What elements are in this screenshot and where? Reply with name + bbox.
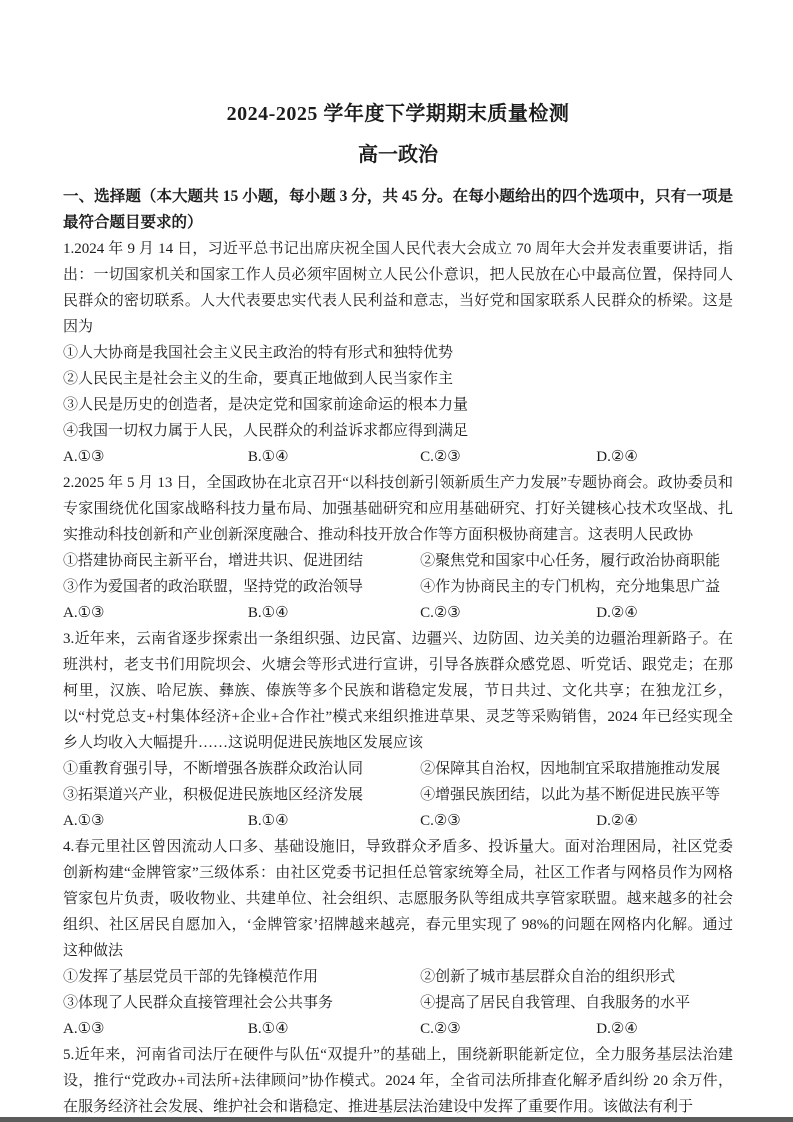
answer-choice: B.①④ [248,808,420,834]
option-item: ④提高了居民自我管理、自我服务的水平 [420,990,733,1016]
answer-choice: A.①③ [63,600,248,626]
option-item: ①重教育强引导，不断增强各族群众政治认同 [63,756,420,782]
answer-choices: A.①③ B.①④ C.②③ D.②④ [63,444,733,470]
option-item: ②聚焦党和国家中心任务，履行政治协商职能 [420,548,733,574]
option-item: ④我国一切权力属于人民，人民群众的利益诉求都应得到满足 [63,418,733,444]
page-bottom-edge [0,1117,793,1122]
answer-choices: A.①③ B.①④ C.②③ D.②④ [63,808,733,834]
question-stem: 1.2024 年 9 月 14 日，习近平总书记出席庆祝全国人民代表大会成立 7… [63,236,733,340]
answer-choices: A.①③ B.①④ C.②③ D.②④ [63,600,733,626]
question-4: 4.春元里社区曾因流动人口多、基础设施旧，导致群众矛盾多、投诉量大。面对治理困局… [63,834,733,1042]
question-3: 3.近年来，云南省逐步探索出一条组织强、边民富、边疆兴、边防固、边关美的边疆治理… [63,626,733,834]
option-item: ④作为协商民主的专门机构，充分地集思广益 [420,574,733,600]
option-item: ③拓渠道兴产业，积极促进民族地区经济发展 [63,782,420,808]
option-item: ③人民是历史的创造者，是决定党和国家前途命运的根本力量 [63,392,733,418]
option-item: ②人民民主是社会主义的生命，要真正地做到人民当家作主 [63,366,733,392]
answer-choice: B.①④ [248,600,420,626]
section-instructions: 一、选择题（本大题共 15 小题，每小题 3 分，共 45 分。在每小题给出的四… [63,184,733,236]
question-5: 5.近年来，河南省司法厅在硬件与队伍“双提升”的基础上，围绕新职能新定位，全力服… [63,1042,733,1120]
answer-choice: B.①④ [248,444,420,470]
option-items: ①重教育强引导，不断增强各族群众政治认同 ②保障其自治权，因地制宜采取措施推动发… [63,756,733,808]
option-item: ④增强民族团结，以此为基不断促进民族平等 [420,782,733,808]
answer-choice: C.②③ [420,600,596,626]
exam-subject: 高一政治 [63,141,733,169]
exam-page: 2024-2025 学年度下学期期末质量检测 高一政治 一、选择题（本大题共 1… [0,0,793,1122]
answer-choice: A.①③ [63,444,248,470]
option-item: ①搭建协商民主新平台，增进共识、促进团结 [63,548,420,574]
answer-choice: D.②④ [596,444,733,470]
answer-choice: D.②④ [596,600,733,626]
answer-choice: C.②③ [420,444,596,470]
exam-title: 2024-2025 学年度下学期期末质量检测 [63,100,733,128]
answer-choice: C.②③ [420,1016,596,1042]
answer-choice: A.①③ [63,1016,248,1042]
answer-choice: B.①④ [248,1016,420,1042]
question-stem: 2.2025 年 5 月 13 日，全国政协在北京召开“以科技创新引领新质生产力… [63,470,733,548]
question-stem: 4.春元里社区曾因流动人口多、基础设施旧，导致群众矛盾多、投诉量大。面对治理困局… [63,834,733,964]
option-item: ③体现了人民群众直接管理社会公共事务 [63,990,420,1016]
answer-choice: D.②④ [596,1016,733,1042]
option-items: ①发挥了基层党员干部的先锋模范作用 ②创新了城市基层群众自治的组织形式 ③体现了… [63,964,733,1016]
question-stem: 3.近年来，云南省逐步探索出一条组织强、边民富、边疆兴、边防固、边关美的边疆治理… [63,626,733,756]
question-2: 2.2025 年 5 月 13 日，全国政协在北京召开“以科技创新引领新质生产力… [63,470,733,626]
answer-choices: A.①③ B.①④ C.②③ D.②④ [63,1016,733,1042]
option-item: ③作为爱国者的政治联盟，坚持党的政治领导 [63,574,420,600]
answer-choice: D.②④ [596,808,733,834]
answer-choice: C.②③ [420,808,596,834]
option-item: ①发挥了基层党员干部的先锋模范作用 [63,964,420,990]
answer-choice: A.①③ [63,808,248,834]
option-item: ②保障其自治权，因地制宜采取措施推动发展 [420,756,733,782]
question-1: 1.2024 年 9 月 14 日，习近平总书记出席庆祝全国人民代表大会成立 7… [63,236,733,470]
option-item: ①人大协商是我国社会主义民主政治的特有形式和独特优势 [63,340,733,366]
option-items: ①搭建协商民主新平台，增进共识、促进团结 ②聚焦党和国家中心任务，履行政治协商职… [63,548,733,600]
question-stem: 5.近年来，河南省司法厅在硬件与队伍“双提升”的基础上，围绕新职能新定位，全力服… [63,1042,733,1120]
option-item: ②创新了城市基层群众自治的组织形式 [420,964,733,990]
